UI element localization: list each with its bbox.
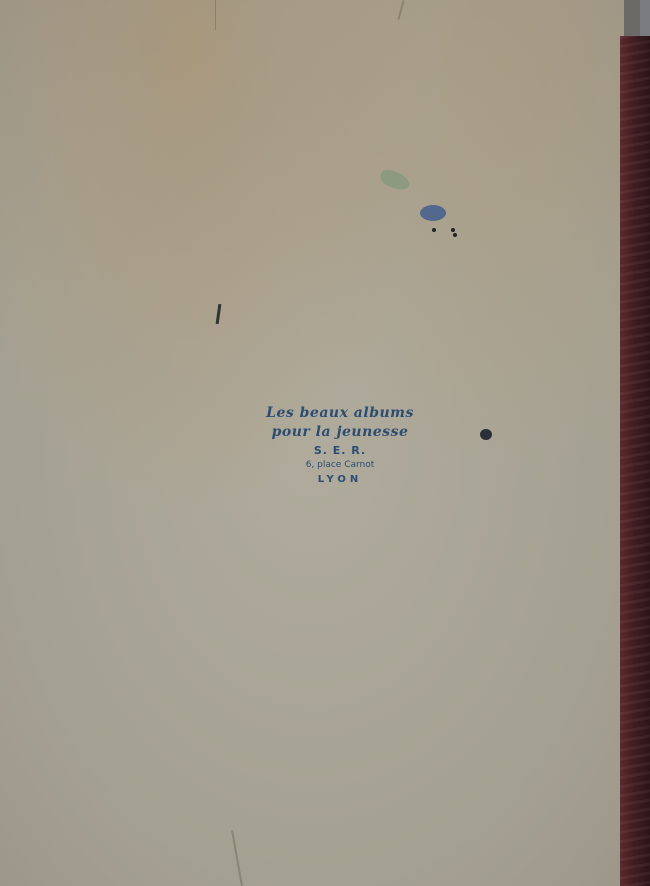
imprint-line-2: pour la jeunesse — [250, 423, 430, 442]
background — [640, 0, 650, 40]
ink-spot — [480, 429, 492, 440]
blue-stain — [420, 205, 446, 221]
green-stain — [378, 167, 412, 192]
publisher-name: S. E. R. — [250, 444, 430, 457]
publisher-address: 6, place Carnot — [250, 460, 430, 470]
ink-dot — [432, 228, 436, 232]
publisher-city: LYON — [250, 474, 430, 485]
pencil-mark — [216, 304, 222, 324]
crease — [231, 830, 243, 885]
crease — [397, 0, 404, 20]
ink-dot — [451, 228, 455, 232]
imprint-line-1: Les beaux albums — [250, 404, 430, 423]
ink-dot — [453, 233, 457, 237]
crease — [215, 0, 216, 30]
publisher-imprint: Les beaux albums pour la jeunesse S. E. … — [250, 404, 430, 485]
book-back-cover: Les beaux albums pour la jeunesse S. E. … — [0, 0, 624, 886]
book-spine — [620, 36, 650, 886]
